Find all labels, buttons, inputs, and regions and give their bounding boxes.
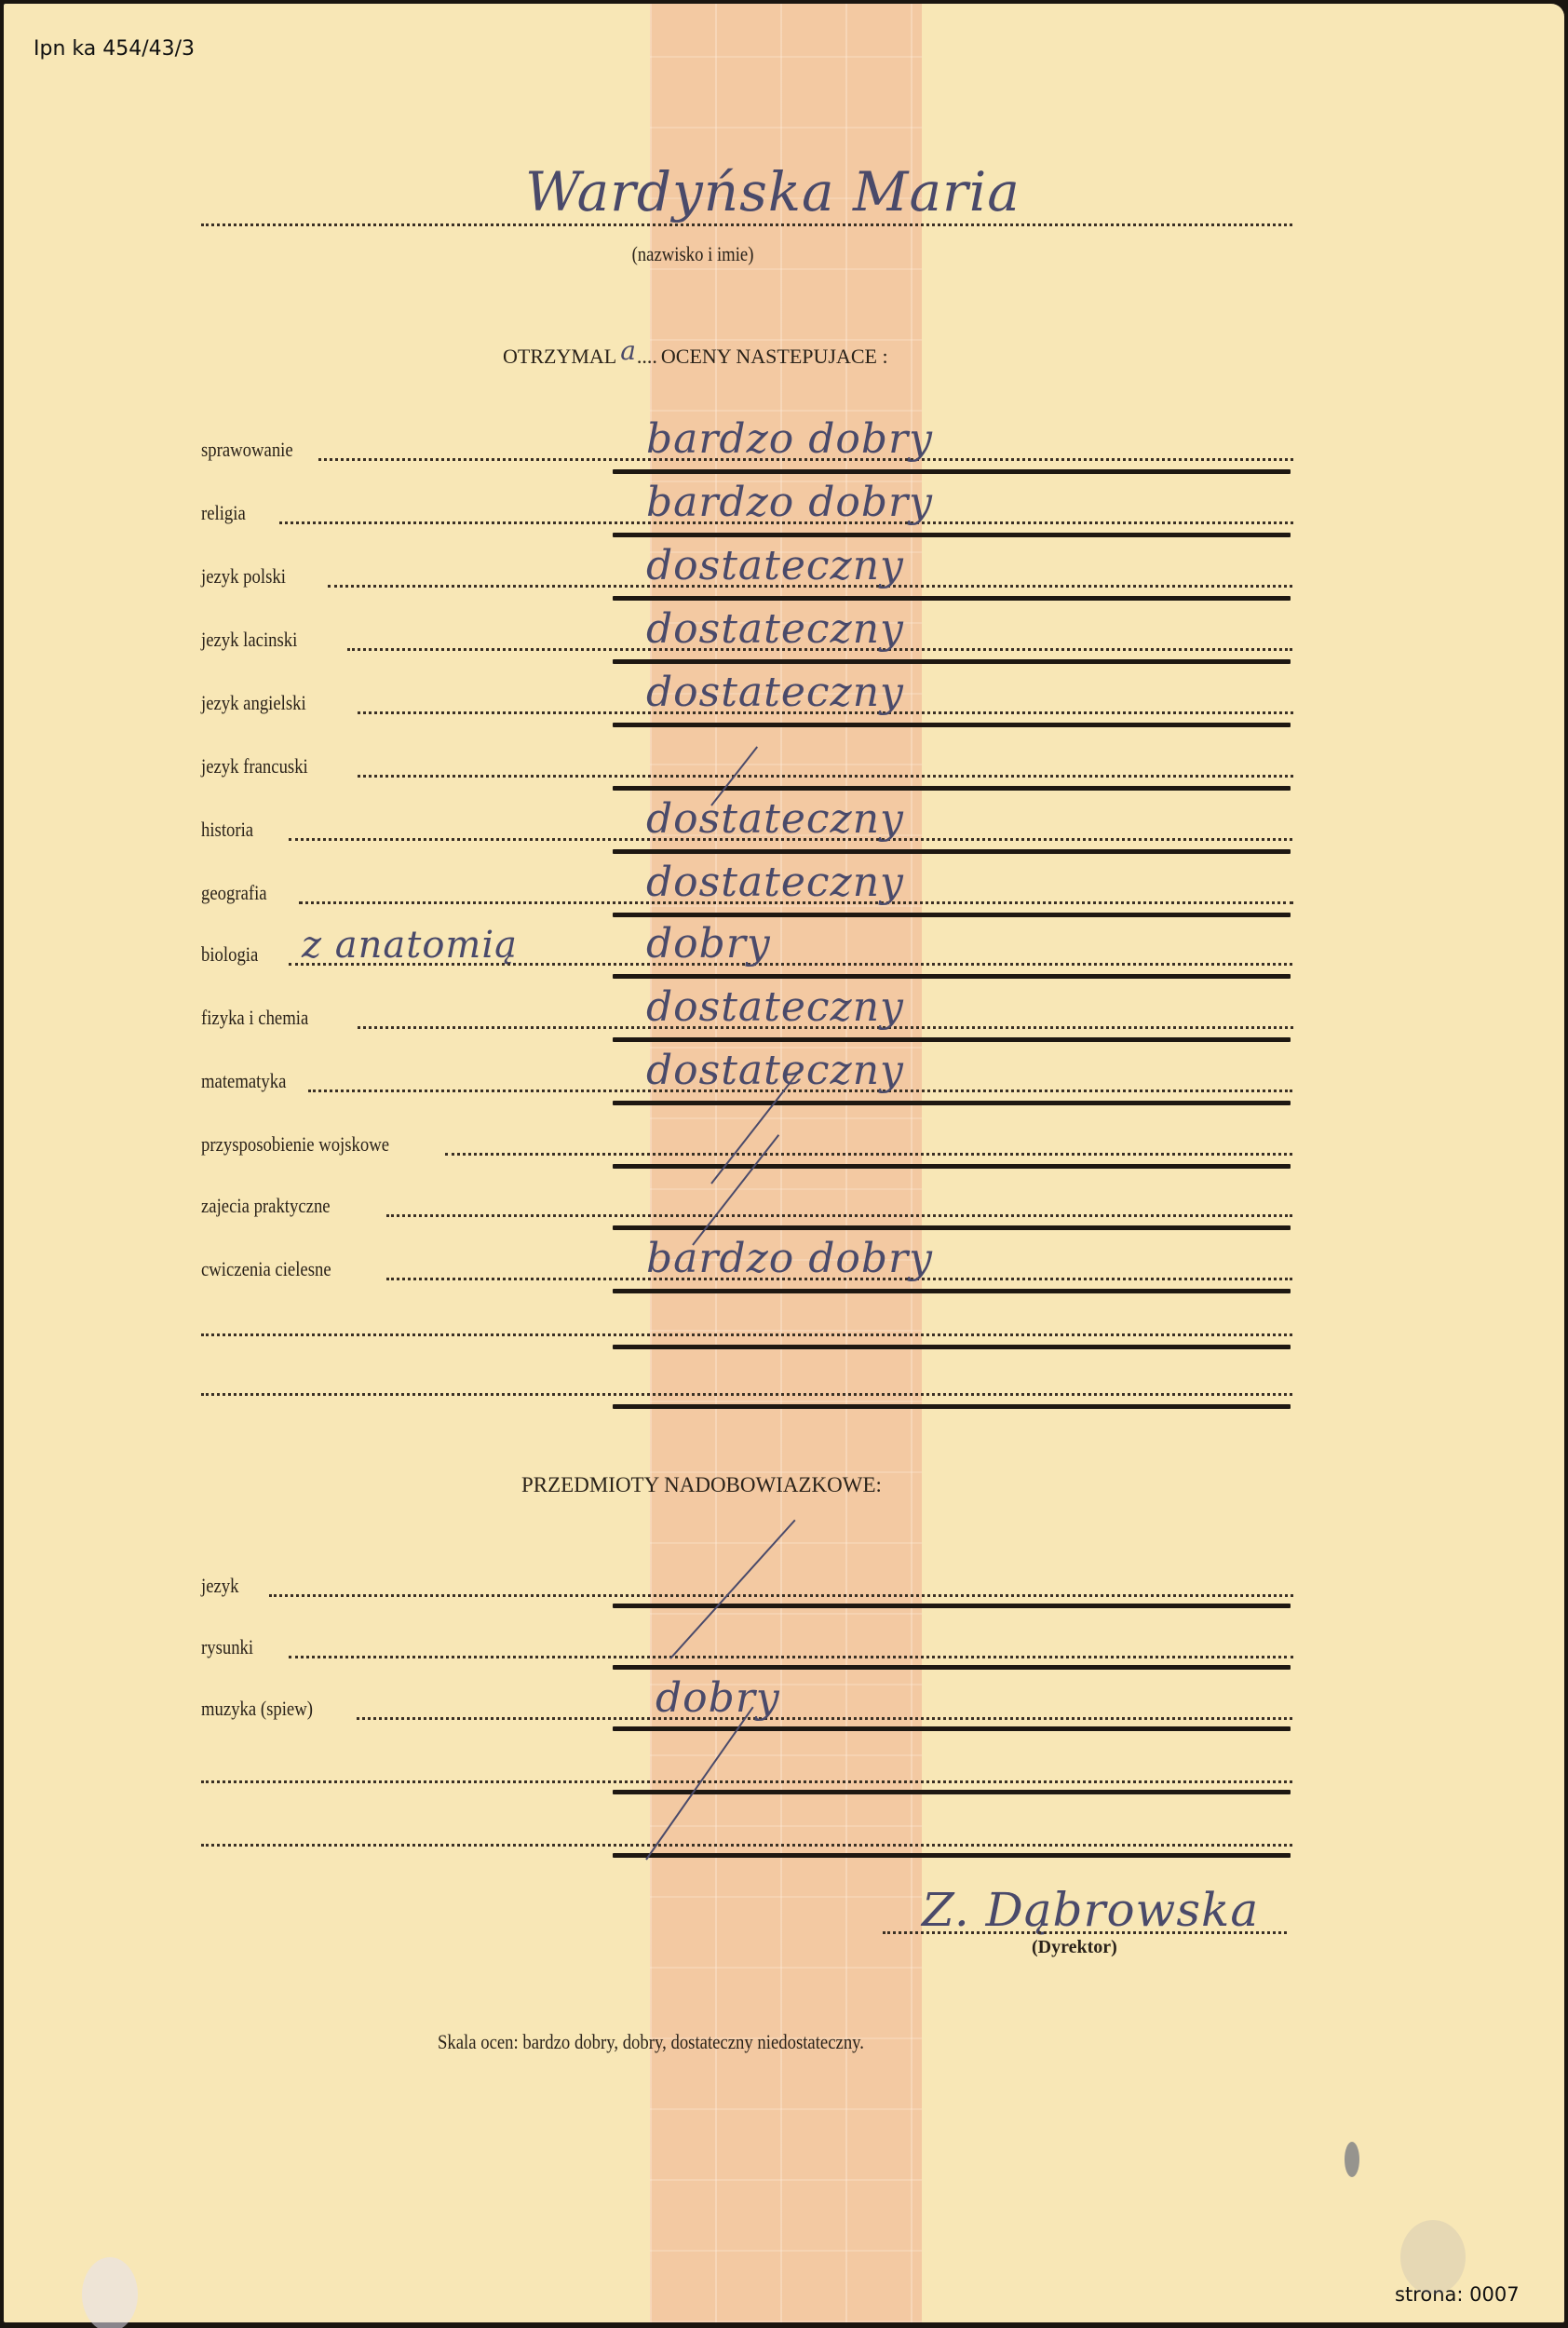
received-heading: OTRZYMAL a.... OCENY NASTEPUJACE :	[503, 339, 888, 370]
subject-grade: bardzo dobry	[646, 479, 933, 526]
subject-grade: bardzo dobry	[646, 415, 933, 463]
subject-label: matematyka	[201, 1069, 286, 1093]
subject-label: sprawowanie	[201, 438, 293, 462]
subject-label: religia	[201, 501, 246, 525]
signature-dotted-line	[883, 1931, 1287, 1934]
name-caption: (nazwisko i imie)	[566, 242, 819, 266]
grade-underline	[613, 1289, 1291, 1293]
grade-underline	[613, 786, 1291, 791]
stain	[82, 2257, 138, 2328]
subject-dotted-line	[386, 1214, 1292, 1217]
archive-reference: Ipn ka 454/43/3	[34, 37, 195, 61]
subject-grade: dostateczny	[646, 795, 904, 843]
grade-underline	[613, 1037, 1291, 1042]
optional-dotted-line	[357, 1717, 1292, 1720]
grade-underline	[613, 974, 1291, 979]
grade-underline	[613, 596, 1291, 601]
subject-label: jezyk polski	[201, 564, 286, 589]
optional-grade-underline	[613, 1726, 1291, 1731]
subject-grade: dostateczny	[646, 542, 904, 589]
optional-dotted-line	[269, 1594, 1293, 1597]
subject-grade: dostateczny	[646, 1047, 904, 1094]
subject-grade: dostateczny	[646, 983, 904, 1031]
subject-dotted-line	[358, 775, 1293, 778]
subject-label: jezyk francuski	[201, 754, 308, 778]
subject-label-handwritten: z anatomią	[302, 924, 518, 967]
optional-subject-label: muzyka (spiew)	[201, 1697, 313, 1721]
received-rest: OCENY NASTEPUJACE :	[661, 345, 888, 369]
signature-caption: (Dyrektor)	[1032, 1937, 1117, 1958]
grade-underline	[613, 469, 1291, 474]
subject-grade: bardzo dobry	[646, 1235, 933, 1282]
grade-underline	[613, 659, 1291, 664]
stain	[1400, 2220, 1466, 2294]
subject-label: przysposobienie wojskowe	[201, 1132, 389, 1157]
subject-dotted-line	[201, 1333, 1292, 1336]
grade-underline	[613, 1164, 1291, 1169]
director-signature: Z. Dąbrowska	[922, 1883, 1259, 1937]
subject-dotted-line	[201, 1393, 1292, 1396]
optional-subject-grade: dobry	[656, 1674, 780, 1722]
subject-dotted-line	[289, 963, 1292, 966]
name-dotted-line	[201, 223, 1292, 226]
received-prefix: OTRZYMAL	[503, 345, 616, 369]
subject-label: historia	[201, 818, 253, 842]
grade-underline	[613, 1225, 1291, 1230]
document-page: Ipn ka 454/43/3 Wardyńska Maria (nazwisk…	[4, 4, 1564, 2322]
subject-label: jezyk angielski	[201, 691, 306, 715]
subject-label: cwiczenia cielesne	[201, 1257, 331, 1281]
subject-label: zajecia praktyczne	[201, 1194, 331, 1218]
optional-dotted-line	[289, 1656, 1293, 1658]
student-name: Wardyńska Maria	[525, 160, 1021, 223]
optional-dotted-line	[201, 1844, 1292, 1847]
subject-grade: dostateczny	[646, 669, 904, 716]
subject-label: fizyka i chemia	[201, 1006, 308, 1030]
optional-dotted-line	[201, 1780, 1292, 1783]
grade-underline	[613, 849, 1291, 854]
optional-grade-underline	[613, 1790, 1291, 1794]
optional-subject-label: rysunki	[201, 1635, 253, 1659]
ink-smudge	[1345, 2142, 1359, 2177]
optional-grade-underline	[613, 1853, 1291, 1858]
grade-scale: Skala ocen: bardzo dobry, dobry, dostate…	[438, 2030, 864, 2054]
optional-subject-label: jezyk	[201, 1574, 239, 1598]
received-suffix: a	[620, 335, 637, 366]
subject-label: biologia	[201, 942, 258, 967]
subject-grade: dostateczny	[646, 859, 904, 906]
subject-label: jezyk lacinski	[201, 628, 297, 652]
grade-underline	[613, 1345, 1291, 1349]
subject-grade: dobry	[646, 920, 771, 968]
grade-underline	[613, 723, 1291, 727]
grade-underline	[613, 1101, 1291, 1105]
optional-grade-underline	[613, 1665, 1291, 1670]
grade-underline	[613, 1404, 1291, 1409]
subject-grade: dostateczny	[646, 605, 904, 653]
subject-label: geografia	[201, 881, 267, 905]
optional-section-title: PRZEDMIOTY NADOBOWIAZKOWE:	[521, 1473, 882, 1497]
subject-dotted-line	[445, 1153, 1292, 1156]
grade-underline	[613, 533, 1291, 537]
grade-underline	[613, 913, 1291, 917]
